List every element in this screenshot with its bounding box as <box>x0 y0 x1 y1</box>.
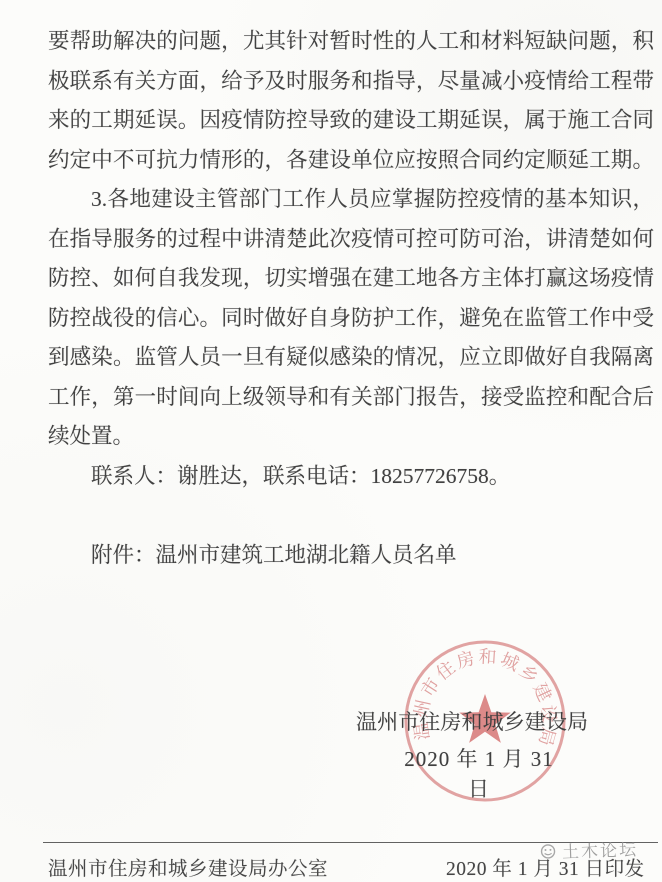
document-page: 要帮助解决的问题，尤其针对暂时性的人工和材料短缺问题，积极联系有关方面，给予及时… <box>0 0 662 882</box>
body-text: 要帮助解决的问题，尤其针对暂时性的人工和材料短缺问题，积极联系有关方面，给予及时… <box>48 22 654 575</box>
body-line: 联系人：谢胜达，联系电话：18257726758。 <box>48 457 654 497</box>
watermark: 土木论坛 <box>539 835 639 863</box>
footer-office: 温州市住房和城乡建设局办公室 <box>48 853 328 881</box>
body-line: 防控战役的信心。同时做好自身防护工作，避免在监管工作中受 <box>48 299 654 339</box>
signature-date: 2020 年 1 月 31 日 <box>394 743 564 803</box>
signature-org: 温州市住房和城乡建设局 <box>356 706 588 736</box>
body-line: 极联系有关方面，给予及时服务和指导，尽量减小疫情给工程带 <box>48 62 654 102</box>
body-line: 到感染。监管人员一旦有疑似感染的情况，应立即做好自我隔离 <box>48 338 654 378</box>
body-line: 来的工期延误。因疫情防控导致的建设工期延误，属于施工合同 <box>48 101 654 141</box>
body-line: 要帮助解决的问题，尤其针对暂时性的人工和材料短缺问题，积 <box>48 22 654 62</box>
body-line: 防控、如何自我发现，切实增强在建工地各方主体打赢这场疫情 <box>48 259 654 299</box>
body-line <box>48 496 654 536</box>
body-line: 在指导服务的过程中讲清楚此次疫情可控可防可治，讲清楚如何 <box>48 220 654 260</box>
body-line: 续处置。 <box>48 417 654 457</box>
body-line: 工作，第一时间向上级领导和有关部门报告，接受监控和配合后 <box>48 378 654 418</box>
watermark-text: 土木论坛 <box>562 835 639 863</box>
watermark-logo-icon <box>539 842 560 861</box>
body-line: 约定中不可抗力情形的，各建设单位应按照合同约定顺延工期。 <box>48 141 654 181</box>
body-line: 3.各地建设主管部门工作人员应掌握防控疫情的基本知识， <box>48 180 654 220</box>
body-line: 附件：温州市建筑工地湖北籍人员名单 <box>48 536 654 576</box>
